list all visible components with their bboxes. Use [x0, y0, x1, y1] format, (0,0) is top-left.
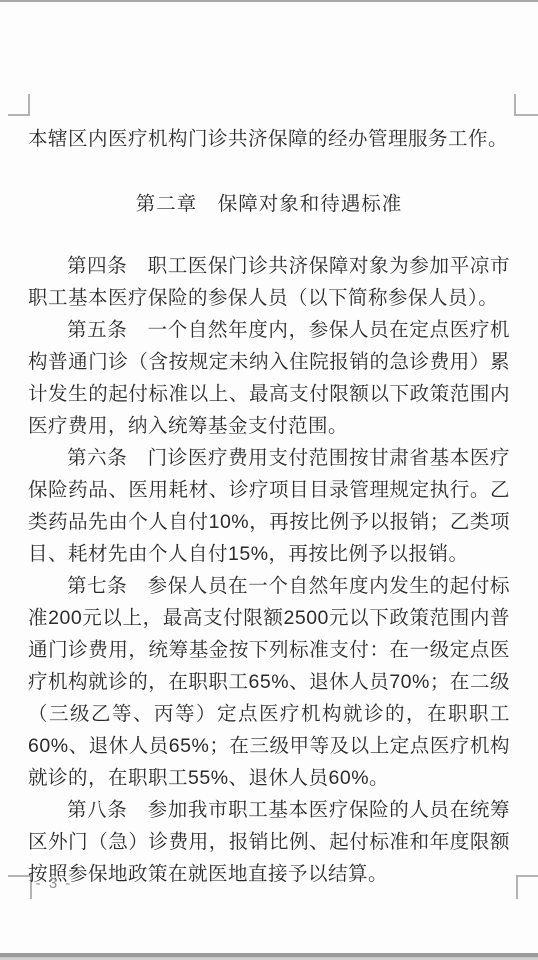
article-8-paragraph: 第八条 参加我市职工基本医疗保险的人员在统筹区外门（急）诊费用，报销比例、起付标… — [28, 794, 510, 890]
article-6-paragraph: 第六条 门诊医疗费用支付范围按甘肃省基本医疗保险药品、医用耗材、诊疗项目目录管理… — [28, 442, 510, 570]
page-number: - 3 - — [30, 873, 78, 895]
article-4-paragraph: 第四条 职工医保门诊共济保障对象为参加平凉市职工基本医疗保险的参保人员（以下简称… — [28, 250, 510, 314]
document-page: 本辖区内医疗机构门诊共济保障的经办管理服务工作。 第二章 保障对象和待遇标准 第… — [0, 0, 538, 960]
article-7-paragraph: 第七条 参保人员在一个自然年度内发生的起付标准200元以上，最高支付限额2500… — [28, 570, 510, 794]
article-5-paragraph: 第五条 一个自然年度内，参保人员在定点医疗机构普通门诊（含按规定未纳入住院报销的… — [28, 314, 510, 442]
paragraph-continuation: 本辖区内医疗机构门诊共济保障的经办管理服务工作。 — [28, 123, 510, 155]
page-boundary-bottom-divider — [0, 953, 538, 960]
chapter-heading: 第二章 保障对象和待遇标准 — [28, 188, 510, 220]
margin-corner-mark-top-left — [8, 94, 30, 116]
document-body: 本辖区内医疗机构门诊共济保障的经办管理服务工作。 第二章 保障对象和待遇标准 第… — [28, 123, 510, 890]
margin-corner-mark-bottom-right — [516, 875, 538, 899]
page-boundary-top-divider — [0, 0, 538, 2]
margin-corner-mark-top-right — [514, 94, 538, 116]
